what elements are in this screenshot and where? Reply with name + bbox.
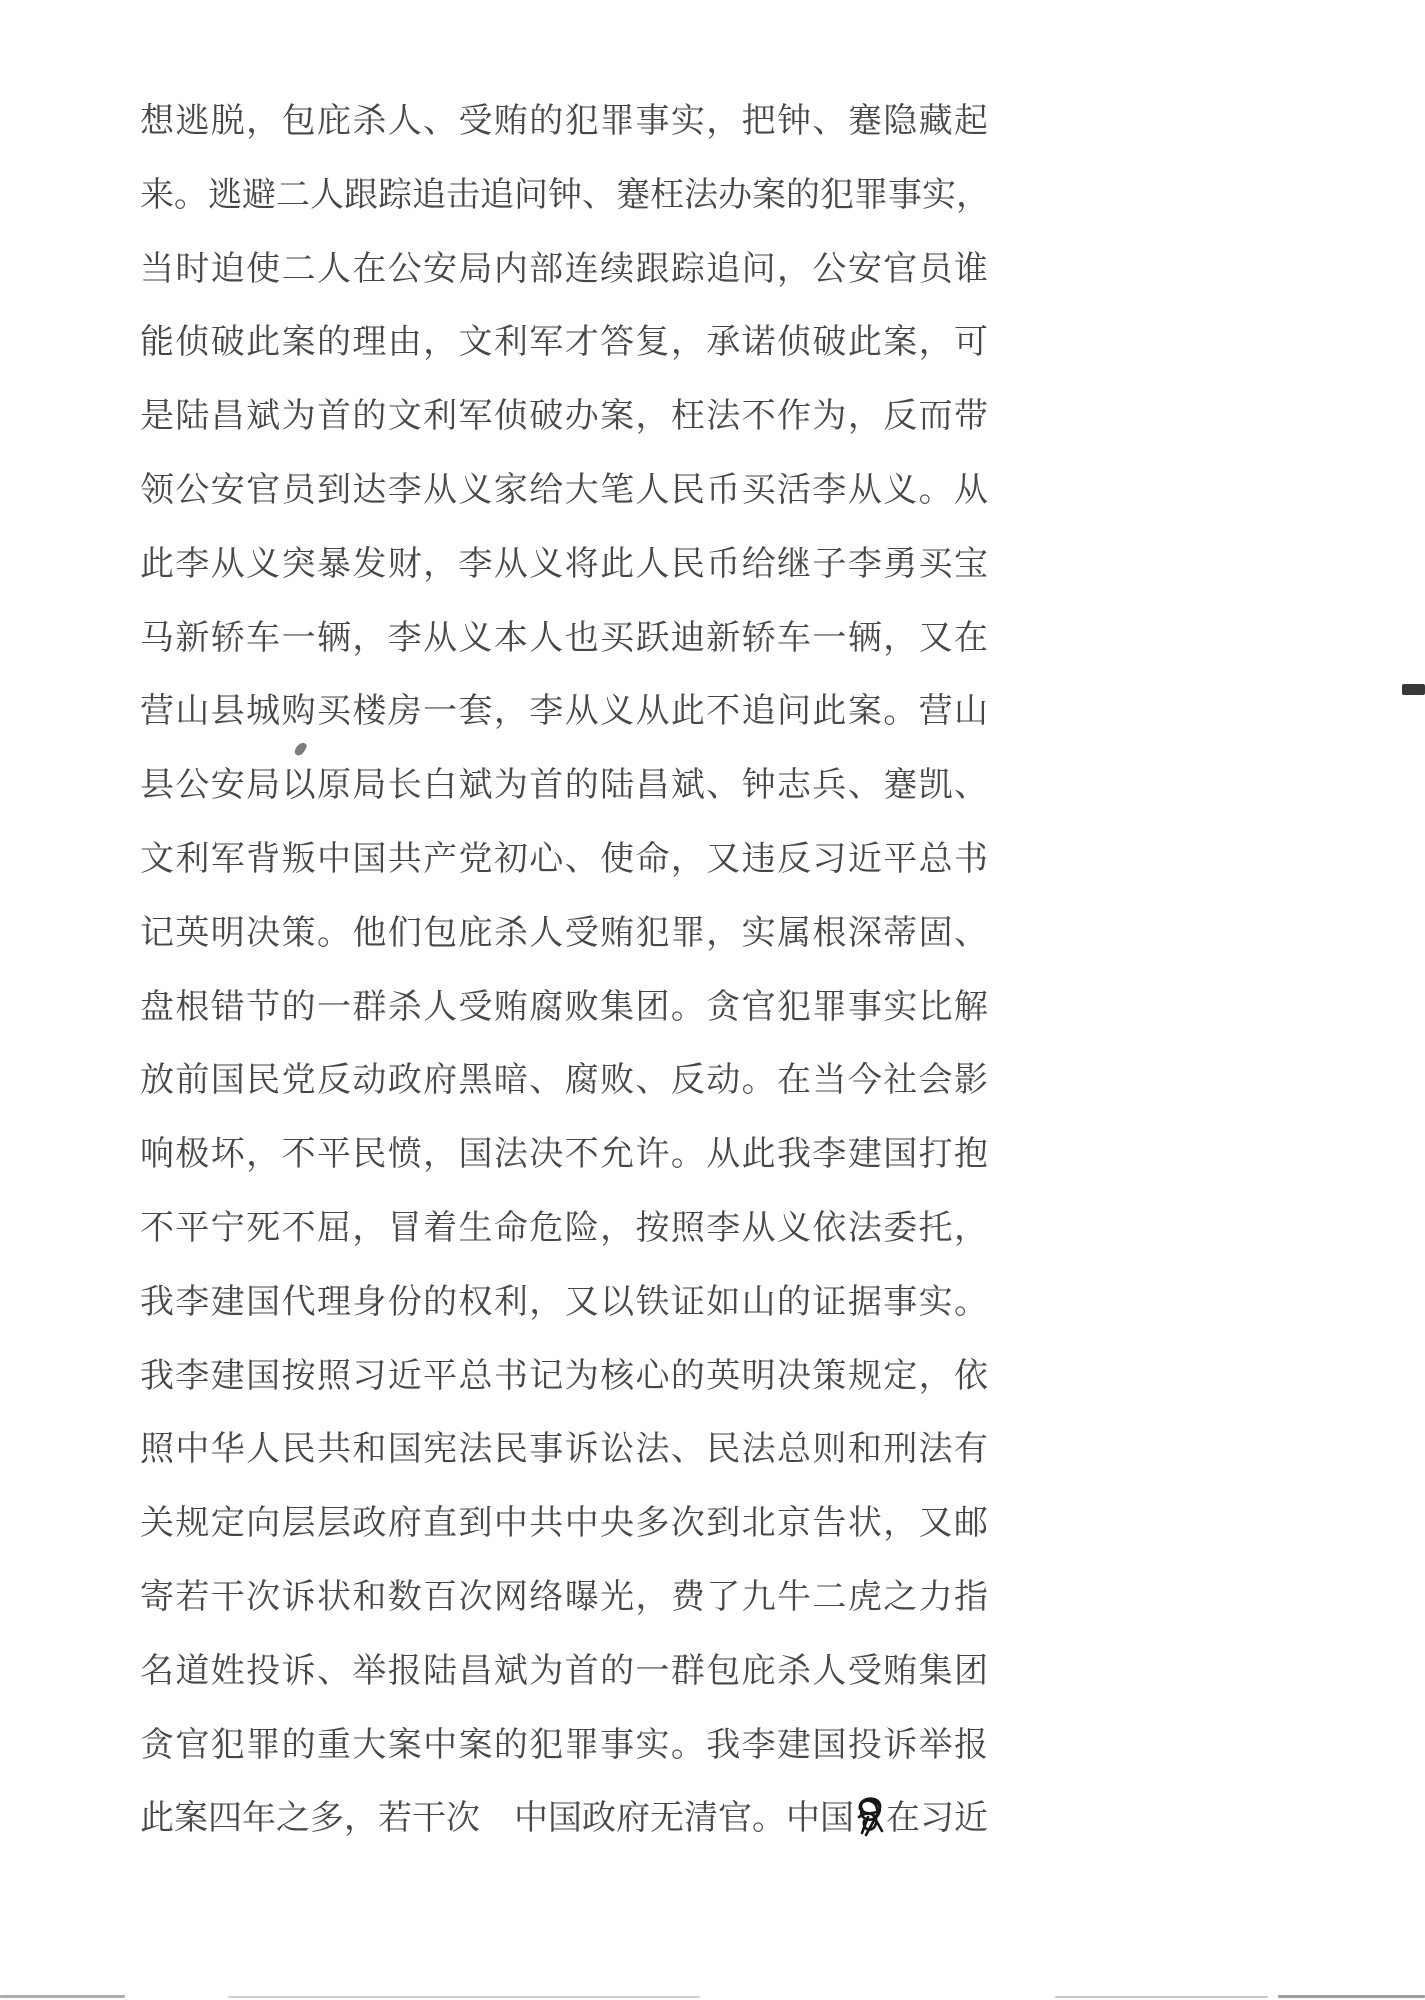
text-line: 领公安官员到达李从义家给大笔人民币买活李从义。从 — [140, 454, 988, 528]
text-line: 盘根错节的一群杀人受贿腐败集团。贪官犯罪事实比解 — [140, 971, 988, 1045]
text-line: 来。逃避二人跟踪追击追问钟、蹇枉法办案的犯罪事实， — [140, 159, 988, 233]
text-line: 我李建国按照习近平总书记为核心的英明决策规定，依 — [140, 1340, 988, 1414]
letter-body: 想逃脱，包庇杀人、受贿的犯罪事实，把钟、蹇隐藏起 来。逃避二人跟踪追击追问钟、蹇… — [140, 85, 988, 1856]
text-line: 此李从义突暴发财，李从义将此人民币给继子李勇买宝 — [140, 528, 988, 602]
text-line-last: 此案四年之多，若干次 中国政府无清官。中国 在习近 — [140, 1782, 988, 1856]
text-line: 马新轿车一辆，李从义本人也买跃迪新轿车一辆，又在 — [140, 602, 988, 676]
text-line: 贪官犯罪的重大案中案的犯罪事实。我李建国投诉举报 — [140, 1709, 988, 1783]
text-line: 我李建国代理身份的权利，又以铁证如山的证据事实。 — [140, 1266, 988, 1340]
text-line: 是陆昌斌为首的文利军侦破办案，枉法不作为，反而带 — [140, 380, 988, 454]
ink-scribble-mark — [852, 1791, 888, 1839]
text-line: 寄若干次诉状和数百次网络曝光，费了九牛二虎之力指 — [140, 1561, 988, 1635]
text-line: 记英明决策。他们包庇杀人受贿犯罪，实属根深蒂固、 — [140, 897, 988, 971]
scanner-artifact-line — [1278, 1995, 1425, 1998]
last-line-before-scribble: 此案四年之多，若干次 中国政府无清官。中国 — [140, 1800, 854, 1837]
text-line: 文利军背叛中国共产党初心、使命，又违反习近平总书 — [140, 823, 988, 897]
text-line: 县公安局以原局长白斌为首的陆昌斌、钟志兵、蹇凯、 — [140, 749, 988, 823]
text-line: 响极坏，不平民愤，国法决不允许。从此我李建国打抱 — [140, 1118, 988, 1192]
scanner-artifact-line — [1055, 1996, 1268, 1998]
text-line: 名道姓投诉、举报陆昌斌为首的一群包庇杀人受贿集团 — [140, 1635, 988, 1709]
text-line: 放前国民党反动政府黑暗、腐败、反动。在当今社会影 — [140, 1044, 988, 1118]
text-line: 不平宁死不屈，冒着生命危险，按照李从义依法委托， — [140, 1192, 988, 1266]
text-line: 当时迫使二人在公安局内部连续跟踪追问，公安官员谁 — [140, 233, 988, 307]
text-line: 关规定向层层政府直到中共中央多次到北京告状，又邮 — [140, 1487, 988, 1561]
text-line: 营山县城购买楼房一套，李从义从此不追问此案。营山 — [140, 675, 988, 749]
scanner-artifact-line — [228, 1996, 700, 1998]
scanned-page: 想逃脱，包庇杀人、受贿的犯罪事实，把钟、蹇隐藏起 来。逃避二人跟踪追击追问钟、蹇… — [0, 0, 1425, 2000]
text-line: 照中华人民共和国宪法民事诉讼法、民法总则和刑法有 — [140, 1413, 988, 1487]
text-line: 能侦破此案的理由，文利军才答复，承诺侦破此案，可 — [140, 306, 988, 380]
right-edge-ink-smudge — [1402, 684, 1425, 695]
last-line-after-scribble: 在习近 — [886, 1800, 988, 1837]
text-line: 想逃脱，包庇杀人、受贿的犯罪事实，把钟、蹇隐藏起 — [140, 85, 988, 159]
scanner-artifact-line — [0, 1995, 125, 1998]
